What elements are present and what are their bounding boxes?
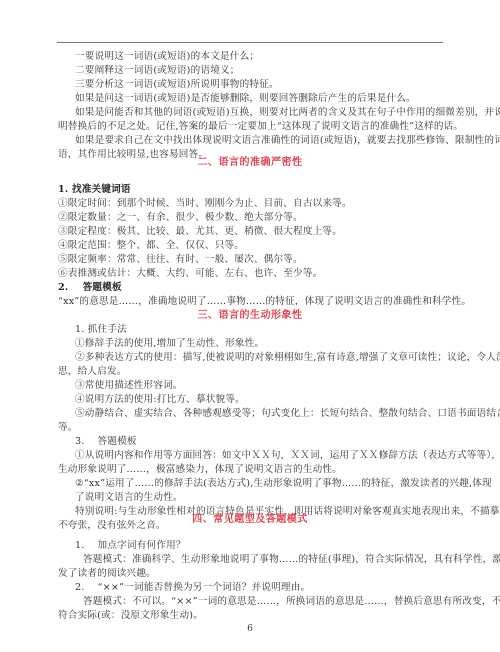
header-rule <box>57 42 443 43</box>
section-heading: 四、常见题型及答题模式 <box>0 513 500 527</box>
paragraph-line: 思，给人启发。 <box>58 365 450 378</box>
paragraph-line: 了说明文语言的生动性。 <box>75 491 467 504</box>
section-heading: 二、语言的准确严密性 <box>0 156 500 170</box>
list-item: ②限定数量：之一、有余、很少、极少数、绝大部分等。 <box>58 211 450 224</box>
paragraph-line: 生动形象说明了……，极富感染力，体现了说明文语言的生动性。 <box>58 463 450 476</box>
paragraph-line: ①修辞手法的使用,增加了生动性、形象性。 <box>75 337 467 350</box>
answer-line: 答题模式：不可以。“××”一词的意思是……，所换词语的意思是……，替换后意思有所… <box>83 595 475 608</box>
intro-line: 一要说明这一词语(或短语)的本文是什么； <box>75 50 467 63</box>
intro-line: 如果是问能否和其他的词语(或短语)互换，则要对比两者的含义及其在句子中作用的细微… <box>75 106 467 119</box>
intro-line: 明替换后的不足之处。记住,答案的最后一定要加上“这体现了说明文语言的准确性”这样… <box>58 120 450 133</box>
paragraph-line: ④说明方法的使用:打比方、摹状貌等。 <box>75 393 467 406</box>
list-item: ⑤限定频率：常常、往往、有时、一般、屡次、偶尔等。 <box>58 253 450 266</box>
paragraph-line: ①从说明内容和作用等方面回答：如文中ＸＸ句，ＸＸ词，运用了ＸＸ修辞方法（表达方式… <box>75 449 467 462</box>
page-number: 6 <box>0 624 500 634</box>
answer-line: 发了读者的阅读兴趣。 <box>58 567 450 580</box>
intro-line: 如果是要求自己在文中找出体现说明文语言准确性的词语(或短语)，就要去找那些修饰、… <box>75 134 467 147</box>
answer-line: 符合实际(或：没原文形象生动)。 <box>58 609 450 622</box>
question-line: 1. 加点字词有何作用？ <box>75 539 467 552</box>
subheading: 3. 答题模板 <box>75 435 467 448</box>
subheading: 1. 找准关键词语 <box>58 183 450 196</box>
paragraph-line: ③常使用描述性形容词。 <box>75 379 467 392</box>
paragraph-line: ②“xx”运用了……的修辞手法(表达方式),生动形象说明了事物……的特征，激发读… <box>75 477 467 490</box>
paragraph-line: ⑤动静结合、虚实结合、各种感观感受等；句式变化上：长短句结合、整散句结合、口语书… <box>75 407 467 420</box>
list-item: ⑥表推测或估计：大概、大约、可能、左右、也许、至少等。 <box>58 267 450 280</box>
intro-line: 二要阐释这一词语(或短语)的语境义； <box>75 64 467 77</box>
section-heading: 三、语言的生动形象性 <box>0 309 500 323</box>
intro-line: 三要分析这一词语(或短语)所说明事物的特征。 <box>75 78 467 91</box>
list-item: ④限定范围：整个、都、全、仅仅、只等。 <box>58 239 450 252</box>
subheading: 2. 答题模板 <box>58 281 450 294</box>
question-line: 2. “××”一词能否替换为另一个词语？并说明理由。 <box>75 581 467 594</box>
paragraph-line: ②多种表达方式的使用：描写,使被说明的对象栩栩如生,富有诗意,增强了文章可读性；… <box>75 351 467 364</box>
list-item: ①限定时间：到那个时候、当时、刚刚今为止、目前、自古以来等。 <box>58 197 450 210</box>
intro-line: 如果是问这一词语(或短语)是否能够删除，则要回答删除后产生的后果是什么。 <box>75 92 467 105</box>
list-item: ③限定程度：极其、比较、最、尤其、更、稍微、很大程度上等。 <box>58 225 450 238</box>
subheading: 1. 抓住手法 <box>75 323 467 336</box>
paragraph-line: 等。 <box>58 421 450 434</box>
answer-line: 答题模式：准确科学、生动形象地说明了事物……的特征(事理)，符合实际情况，具有科… <box>83 553 475 566</box>
template-text: “xx”的意思是……，准确地说明了……事物……的特征，体现了说明文语言的准确性和… <box>58 295 450 308</box>
